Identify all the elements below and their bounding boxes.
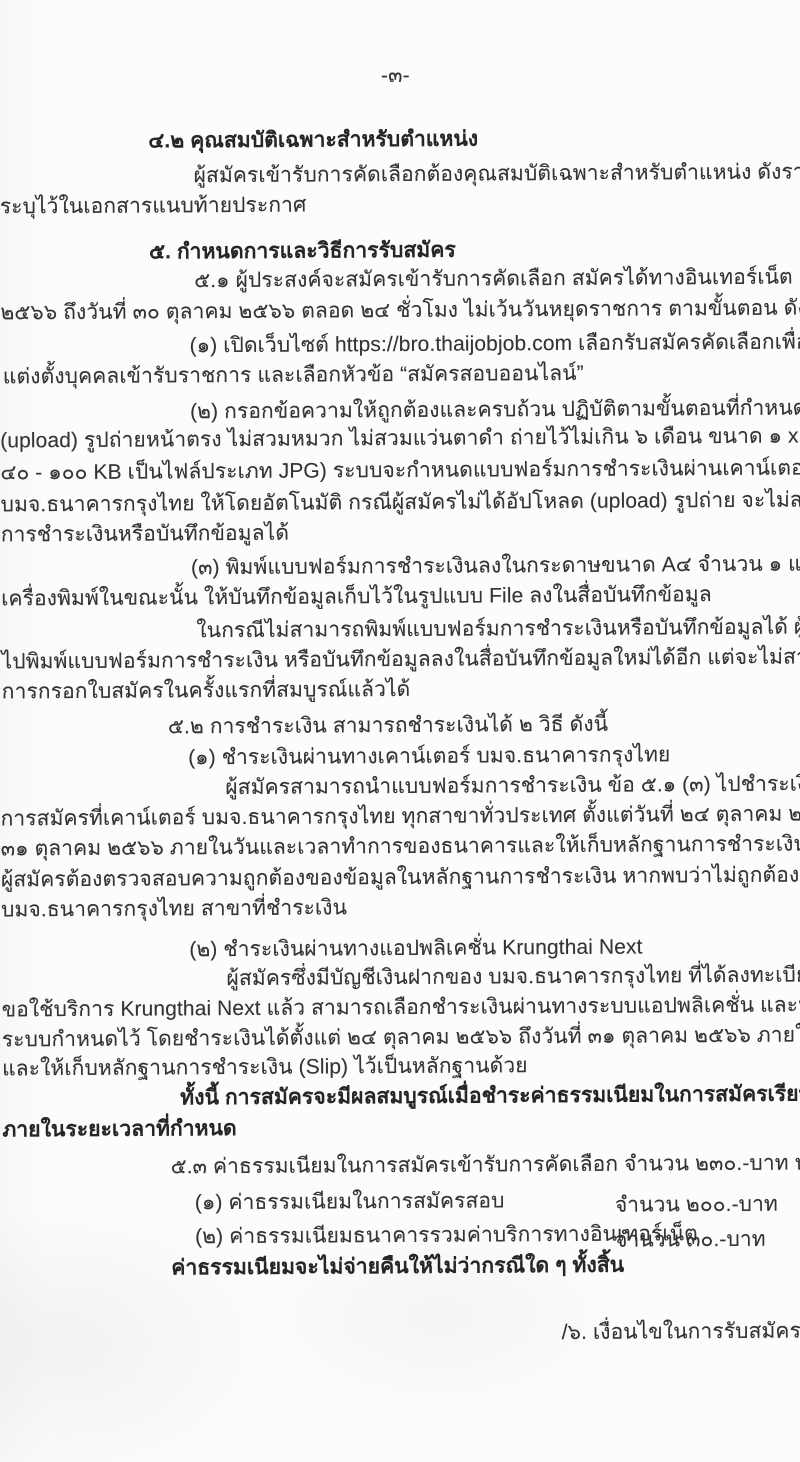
payment-2-line-3: ระบบกำหนดไว้ โดยชำระเงินได้ตั้งแต่ ๒๔ ตุ… bbox=[2, 1021, 800, 1055]
step-2-line-3: ๔๐ - ๑๐๐ KB เป็นไฟล์ประเภท JPG) ระบบจะกำ… bbox=[0, 454, 800, 487]
para-4-2-line-2: ระบุไว้ในเอกสารแนบท้ายประกาศ bbox=[0, 192, 307, 222]
payment-2-title: (๒) ชำระเงินผ่านทางแอปพลิเคชั่น Krungtha… bbox=[189, 934, 642, 965]
heading-5-2: ๕.๒ การชำระเงิน สามารถชำระเงินได้ ๒ วิธี… bbox=[168, 711, 608, 742]
payment-2-line-4: และให้เก็บหลักฐานการชำระเงิน (Slip) ไว้เ… bbox=[2, 1052, 528, 1083]
step-1-line-2: แต่งตั้งบุคคลเข้ารับราชการ และเลือกหัวข้… bbox=[3, 360, 584, 392]
heading-5: ๕. กำหนดการและวิธีการรับสมัคร bbox=[149, 237, 456, 267]
continuation-marker: /๖. เงื่อนไขในการรับสมัคร... bbox=[562, 1317, 800, 1347]
step-1-line-1: (๑) เปิดเว็บไซต์ https://bro.thaijobjob.… bbox=[190, 328, 800, 360]
fee-item-1-label: (๑) ค่าธรรมเนียมในการสมัครสอบ bbox=[195, 1187, 505, 1217]
para-5-1-line-2: ๒๕๖๖ ถึงวันที่ ๓๐ ตุลาคม ๒๕๖๖ ตลอด ๒๔ ชั… bbox=[0, 294, 800, 327]
step-3-note-line-3: การกรอกใบสมัครในครั้งแรกที่สมบูรณ์แล้วได… bbox=[2, 676, 411, 706]
step-2-line-4: บมจ.ธนาคารกรุงไทย ให้โดยอัตโนมัติ กรณีผู… bbox=[1, 485, 800, 519]
step-3-note-line-1: ในกรณีไม่สามารถพิมพ์แบบฟอร์มการชำระเงินห… bbox=[196, 613, 800, 646]
para-4-2-line-1: ผู้สมัครเข้ารับการคัดเลือกต้องคุณสมบัติเ… bbox=[194, 158, 800, 191]
para-5-1-line-1: ๕.๑ ผู้ประสงค์จะสมัครเข้ารับการคัดเลือก … bbox=[194, 262, 800, 295]
step-3-line-1: (๓) พิมพ์แบบฟอร์มการชำระเงินลงในกระดาษขน… bbox=[191, 550, 800, 583]
payment-2-line-1: ผู้สมัครซึ่งมีบัญชีเงินฝากของ บมจ.ธนาคาร… bbox=[226, 961, 800, 993]
payment-1-line-4: ผู้สมัครต้องตรวจสอบความถูกต้องของข้อมูลใ… bbox=[1, 861, 800, 895]
payment-1-title: (๑) ชำระเงินผ่านทางเคาน์เตอร์ บมจ.ธนาคาร… bbox=[188, 741, 670, 772]
fee-item-2-amount: จำนวน ๓๐.-บาท bbox=[615, 1226, 766, 1255]
completion-note-line-2: ภายในระยะเวลาที่กำหนด bbox=[2, 1115, 236, 1144]
payment-1-line-5: บมจ.ธนาคารกรุงไทย สาขาที่ชำระเงิน bbox=[1, 894, 347, 924]
step-2-line-1: (๒) กรอกข้อความให้ถูกต้องและครบถ้วน ปฏิบ… bbox=[190, 394, 800, 427]
heading-5-3: ๕.๓ ค่าธรรมเนียมในการสมัครเข้ารับการคัดเ… bbox=[171, 1149, 800, 1182]
completion-note-line-1: ทั้งนี้ การสมัครจะมีผลสมบูรณ์เมื่อชำระค่… bbox=[180, 1080, 800, 1112]
document-text-layer: -๓-๔.๒ คุณสมบัติเฉพาะสำหรับตำแหน่งผู้สมั… bbox=[0, 0, 800, 1462]
step-2-line-2: (upload) รูปถ่ายหน้าตรง ไม่สวมหมวก ไม่สว… bbox=[0, 422, 800, 456]
payment-1-line-3: ๓๑ ตุลาคม ๒๕๖๖ ภายในวันและเวลาทำการของธน… bbox=[1, 830, 800, 864]
payment-1-line-2: การสมัครที่เคาน์เตอร์ บมจ.ธนาคารกรุงไทย … bbox=[0, 800, 800, 834]
fee-no-refund-note: ค่าธรรมเนียมจะไม่จ่ายคืนให้ไม่ว่ากรณีใด … bbox=[171, 1252, 624, 1283]
step-3-note-line-2: ไปพิมพ์แบบฟอร์มการชำระเงิน หรือบันทึกข้อ… bbox=[1, 642, 800, 676]
heading-4-2: ๔.๒ คุณสมบัติเฉพาะสำหรับตำแหน่ง bbox=[148, 126, 478, 156]
payment-2-line-2: ขอใช้บริการ Krungthai Next แล้ว สามารถเล… bbox=[2, 990, 800, 1024]
scanned-document-page: -๓-๔.๒ คุณสมบัติเฉพาะสำหรับตำแหน่งผู้สมั… bbox=[0, 0, 800, 1462]
page-number: -๓- bbox=[381, 62, 410, 90]
step-3-line-2: เครื่องพิมพ์ในขณะนั้น ให้บันทึกข้อมูลเก็… bbox=[1, 581, 712, 613]
step-2-line-5: การชำระเงินหรือบันทึกข้อมูลได้ bbox=[1, 520, 289, 550]
fee-item-1-amount: จำนวน ๒๐๐.-บาท bbox=[615, 1191, 778, 1220]
payment-1-line-1: ผู้สมัครสามารถนำแบบฟอร์มการชำระเงิน ข้อ … bbox=[225, 770, 800, 803]
